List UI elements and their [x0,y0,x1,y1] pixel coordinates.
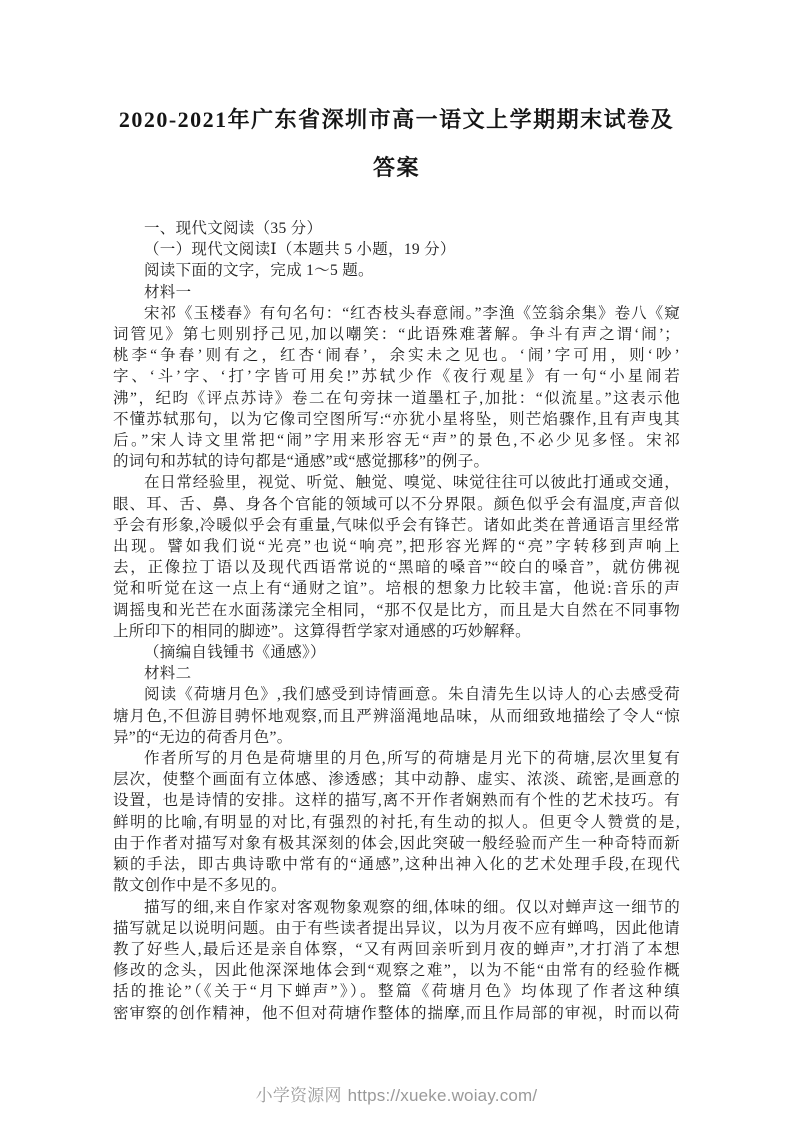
heading-line: 一、现代文阅读（35 分） [113,218,680,239]
paragraph-line: 塘月色,不但游目骋怀地观察,而且严辨淄渑地品味，从而细致地描绘了令人“惊 [113,706,680,727]
paragraph-line: 在日常经验里，视觉、听觉、触觉、嗅觉、味觉往往可以彼此打通或交通， [113,472,680,493]
paragraph-line: 调摇曳和光芒在水面荡漾完全相同，“那不仅是比方，而且是大自然在不同事物 [113,600,680,621]
paragraph-line: 字、‘斗’字、‘打’字皆可用矣!”苏轼少作《夜行观星》有一句“小星闹若 [113,366,680,387]
heading-line: （一）现代文阅读Ⅰ（本题共 5 小题，19 分） [113,239,680,260]
paragraph-line: 由于作者对描写对象有极其深刻的体会,因此突破一般经验而产生一种奇特而新 [113,833,680,854]
title-line-2: 答案 [0,144,793,192]
paragraph-line: 鲜明的比喻,有明显的对比,有强烈的衬托,有生动的拟人。但更令人赞赏的是, [113,812,680,833]
paragraph-line: 上所印下的相同的脚迹”。这算得哲学家对通感的巧妙解释。 [113,621,680,642]
paragraph-line: 后。”宋人诗文里常把“闹”字用来形容无“声”的景色,不必少见多怪。宋祁 [113,430,680,451]
paragraph-line: 眼、耳、舌、鼻、身各个官能的领域可以不分界限。颜色似乎会有温度,声音似 [113,494,680,515]
paragraph-line: 层次，使整个画面有立体感、渗透感；其中动静、虚实、浓淡、疏密,是画意的 [113,769,680,790]
paragraph-line: 密审察的创作精神，他不但对荷塘作整体的揣摩,而且作局部的审视，时而以荷 [113,1003,680,1024]
paragraph-line: 教了好些人,最后还是亲自体察，“又有两回亲听到月夜的蝉声”,才打消了本想 [113,939,680,960]
paragraph-line: 的词句和苏轼的诗句都是“通感”或“感觉挪移”的例子。 [113,451,680,472]
paragraph-line: 阅读《荷塘月色》,我们感受到诗情画意。朱自清先生以诗人的心去感受荷 [113,684,680,705]
document-page: 2020-2021年广东省深圳市高一语文上学期期末试卷及 答案 一、现代文阅读（… [0,0,793,1122]
paragraph-line: 桃李“争春’则有之，红杏‘闹春’，余实未之见也。‘闹’字可用，则‘吵’ [113,345,680,366]
footer-url: https://xueke.woiay.com/ [345,1086,541,1105]
paragraph-line: 沸”，纪昀《评点苏诗》卷二在句旁抹一道墨杠子,加批：“似流星。”这表示他 [113,388,680,409]
paragraph-line: 描写就足以说明问题。由于有些读者提出异议，以为月夜不应有蝉鸣，因此他请 [113,918,680,939]
paragraph-line: 词管见》第七则别抒己见,加以嘲笑：“此语殊难著解。争斗有声之谓‘闹’； [113,324,680,345]
paragraph-line: 修改的念头，因此他深深地体会到“观察之难”，以为不能“由常有的经验作概 [113,960,680,981]
heading-line: 材料二 [113,663,680,684]
heading-line: 材料一 [113,282,680,303]
paragraph-line: 出现。譬如我们说“光亮”也说“响亮”,把形容光辉的“亮”字转移到声响上 [113,536,680,557]
paragraph-line: 去，正像拉丁语以及现代西语常说的“黑暗的嗓音”“皎白的嗓音”，就仿佛视 [113,557,680,578]
document-body: 一、现代文阅读（35 分）（一）现代文阅读Ⅰ（本题共 5 小题，19 分）阅读下… [113,218,680,1024]
paragraph-line: 设置，也是诗情的安排。这样的描写,离不开作者娴熟而有个性的艺术技巧。有 [113,790,680,811]
paragraph-line: 括的推论”（《关于“月下蝉声”》）。整篇《荷塘月色》均体现了作者这种缜 [113,981,680,1002]
paragraph-line: 描写的细,来自作家对客观物象观察的细,体味的细。仅以对蝉声这一细节的 [113,897,680,918]
heading-line: （摘编自钱锺书《通感》） [113,642,680,663]
document-title: 2020-2021年广东省深圳市高一语文上学期期末试卷及 答案 [0,96,793,192]
paragraph-line: 觉和听觉在这一点上有“通财之谊”。培根的想象力比较丰富，他说:音乐的声 [113,578,680,599]
paragraph-line: 乎会有形象,冷暖似乎会有重量,气味似乎会有锋芒。诸如此类在普通语言里经常 [113,515,680,536]
paragraph-line: 不懂苏轼那句，以为它像司空图所写:“亦犹小星将坠，则芒焰骤作,且有声曳其 [113,409,680,430]
title-line-1: 2020-2021年广东省深圳市高一语文上学期期末试卷及 [0,96,793,144]
page-footer: 小学资源网https://xueke.woiay.com/ [0,1081,793,1106]
paragraph-line: 散文创作中是不多见的。 [113,875,680,896]
paragraph-line: 异”的“无边的荷香月色”。 [113,727,680,748]
paragraph-line: 宋祁《玉楼春》有句名句：“红杏枝头春意闹。”李渔《笠翁余集》卷八《窥 [113,303,680,324]
footer-site-name: 小学资源网 [253,1086,345,1105]
paragraph-line: 颖的手法，即古典诗歌中常有的“通感”,这种出神入化的艺术处理手段,在现代 [113,854,680,875]
paragraph-line: 作者所写的月色是荷塘里的月色,所写的荷塘是月光下的荷塘,层次里复有 [113,748,680,769]
heading-line: 阅读下面的文字，完成 1～5 题。 [113,260,680,281]
